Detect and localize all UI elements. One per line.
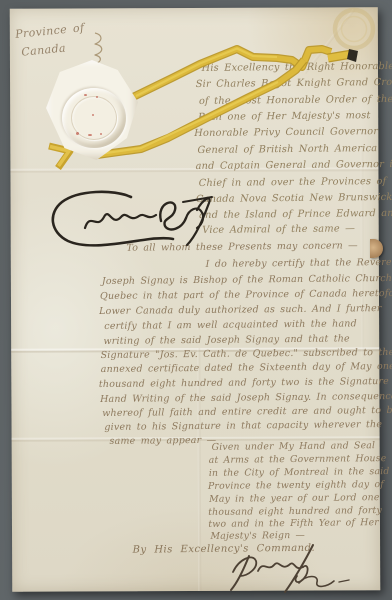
docket-province: Province of xyxy=(15,22,85,41)
manuscript-line: two and in the Fifth Year of Her xyxy=(208,518,379,530)
manuscript-line: writing of the said Joseph Signay and th… xyxy=(103,334,350,347)
wax-speck xyxy=(84,94,87,96)
manuscript-line: Bath one of Her Majesty's most xyxy=(198,111,371,124)
manuscript-line: of the most Honorable Order of the xyxy=(199,95,392,108)
wax-speck xyxy=(92,114,94,116)
manuscript-line: annexed certificate dated the Sixteenth … xyxy=(101,362,392,376)
manuscript-line: May in the year of our Lord one xyxy=(209,493,380,505)
manuscript-line: and the Island of Prince Edward and xyxy=(199,209,392,222)
manuscript-line: Given under My Hand and Seal xyxy=(211,441,375,453)
salutation-line: To all whom these Presents may concern — xyxy=(126,241,358,254)
manuscript-line: Majesty's Reign — xyxy=(210,531,305,542)
manuscript-line: thousand eight hundred and forty xyxy=(208,506,382,518)
manuscript-line: Signature "Jos. Ev. Cath. de Quebec." su… xyxy=(101,348,392,362)
manuscript-line: General of British North America xyxy=(197,144,377,157)
manuscript-line: in the City of Montreal in the said xyxy=(209,467,390,479)
manuscript-line: Vice Admiral of the same — xyxy=(202,224,355,236)
manuscript-line: thousand eight hundred and forty two is … xyxy=(99,377,392,391)
manuscript-line: given to his Signature in that capacity … xyxy=(104,420,382,433)
manuscript-line: Quebec in that part of the Province of C… xyxy=(100,289,392,303)
docket-canada: Canada xyxy=(21,42,67,58)
manuscript-line: Province the twenty eighth day of xyxy=(208,480,384,492)
wax-speck xyxy=(100,133,102,135)
wax-speck xyxy=(76,132,79,135)
manuscript-line: at Arms at the Government House xyxy=(209,454,387,466)
manuscript-line: Lower Canada duly authorized as such. An… xyxy=(99,304,382,317)
seal-arms-oval xyxy=(62,88,126,148)
manuscript-line: certify that I am well acquainted with t… xyxy=(104,319,357,332)
manuscript-line: Chief in and over the Provinces of xyxy=(199,177,387,190)
wax-speck xyxy=(96,96,98,98)
photographed-manuscript: Province of Canada His Excellency the Ri… xyxy=(0,0,392,600)
manuscript-line: His Excellency the Right Honorable xyxy=(202,62,392,75)
command-line: By His Excellency's Command. xyxy=(133,543,316,556)
manuscript-line: Joseph Signay is Bishop of the Roman Cat… xyxy=(102,274,392,288)
manuscript-line: Honorable Privy Council Governor xyxy=(194,127,378,140)
manuscript-line: I do hereby certify that the Reverend xyxy=(206,258,392,271)
manuscript-line: Hand Writing of the said Joseph Signay. … xyxy=(100,392,392,406)
manuscript-line: whereof full faith and entire credit are… xyxy=(102,406,392,420)
manuscript-line: Canada Nova Scotia New Brunswick xyxy=(196,193,392,206)
manuscript-line: and Captain General and Governor in xyxy=(196,160,392,173)
wax-speck xyxy=(88,134,92,136)
manuscript-line: Sir Charles Bagot Knight Grand Cross xyxy=(196,78,392,91)
manuscript-line: same may appear — xyxy=(109,436,216,448)
